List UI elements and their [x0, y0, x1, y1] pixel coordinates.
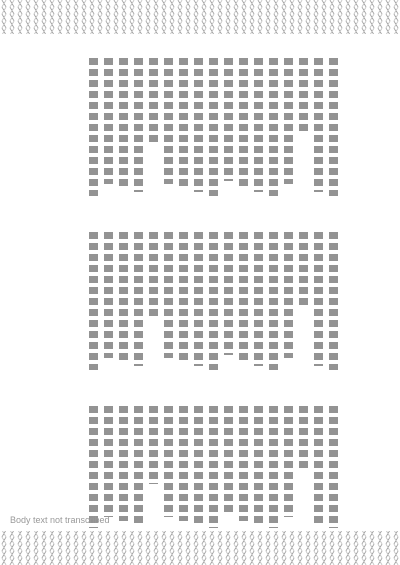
text-column-placeholder — [179, 232, 188, 362]
text-column-placeholder — [209, 406, 218, 528]
text-column-placeholder — [134, 406, 143, 524]
text-column-placeholder — [224, 232, 233, 355]
text-column-placeholder — [209, 232, 218, 370]
text-column-placeholder — [314, 232, 323, 366]
text-column-placeholder — [119, 232, 128, 362]
text-column-placeholder — [149, 232, 158, 320]
text-column-placeholder — [194, 232, 203, 366]
text-column-placeholder — [239, 232, 248, 362]
text-column-placeholder — [209, 58, 218, 196]
text-column-placeholder — [164, 58, 173, 184]
text-column-placeholder — [284, 232, 293, 358]
text-column-placeholder — [314, 58, 323, 192]
text-column-placeholder — [314, 406, 323, 524]
text-column-placeholder — [239, 406, 248, 521]
redaction-note: Body text not transcribed — [10, 515, 110, 525]
text-column-placeholder — [119, 58, 128, 188]
text-column-placeholder — [299, 58, 308, 133]
text-column-placeholder — [329, 232, 338, 370]
text-column-placeholder — [224, 406, 233, 515]
text-column-placeholder — [269, 58, 278, 196]
text-column-placeholder — [254, 232, 263, 366]
text-column-placeholder — [329, 58, 338, 196]
text-column-placeholder — [284, 58, 293, 184]
text-column-placeholder — [149, 58, 158, 146]
text-column-placeholder — [299, 406, 308, 472]
text-column-placeholder — [269, 406, 278, 528]
text-block-bottom — [89, 406, 338, 528]
text-column-placeholder — [254, 58, 263, 192]
text-column-placeholder — [194, 58, 203, 192]
text-column-placeholder — [134, 58, 143, 192]
decorative-bottom-border — [0, 531, 400, 565]
text-column-placeholder — [104, 58, 113, 184]
text-column-placeholder — [119, 406, 128, 521]
text-column-placeholder — [239, 58, 248, 188]
text-column-placeholder — [269, 232, 278, 370]
text-column-placeholder — [164, 406, 173, 517]
text-column-placeholder — [299, 232, 308, 307]
text-column-placeholder — [104, 406, 113, 517]
text-column-placeholder — [284, 406, 293, 517]
text-column-placeholder — [134, 232, 143, 366]
text-block-top — [89, 58, 338, 196]
text-column-placeholder — [329, 406, 338, 528]
decorative-top-border — [0, 0, 400, 34]
text-column-placeholder — [89, 406, 98, 528]
text-column-placeholder — [164, 232, 173, 358]
text-column-placeholder — [254, 406, 263, 524]
text-column-placeholder — [179, 406, 188, 521]
text-column-placeholder — [104, 232, 113, 358]
text-column-placeholder — [89, 58, 98, 196]
text-block-middle — [89, 232, 338, 370]
text-column-placeholder — [224, 58, 233, 181]
text-column-placeholder — [149, 406, 158, 484]
text-column-placeholder — [179, 58, 188, 188]
text-column-placeholder — [89, 232, 98, 370]
text-column-placeholder — [194, 406, 203, 524]
